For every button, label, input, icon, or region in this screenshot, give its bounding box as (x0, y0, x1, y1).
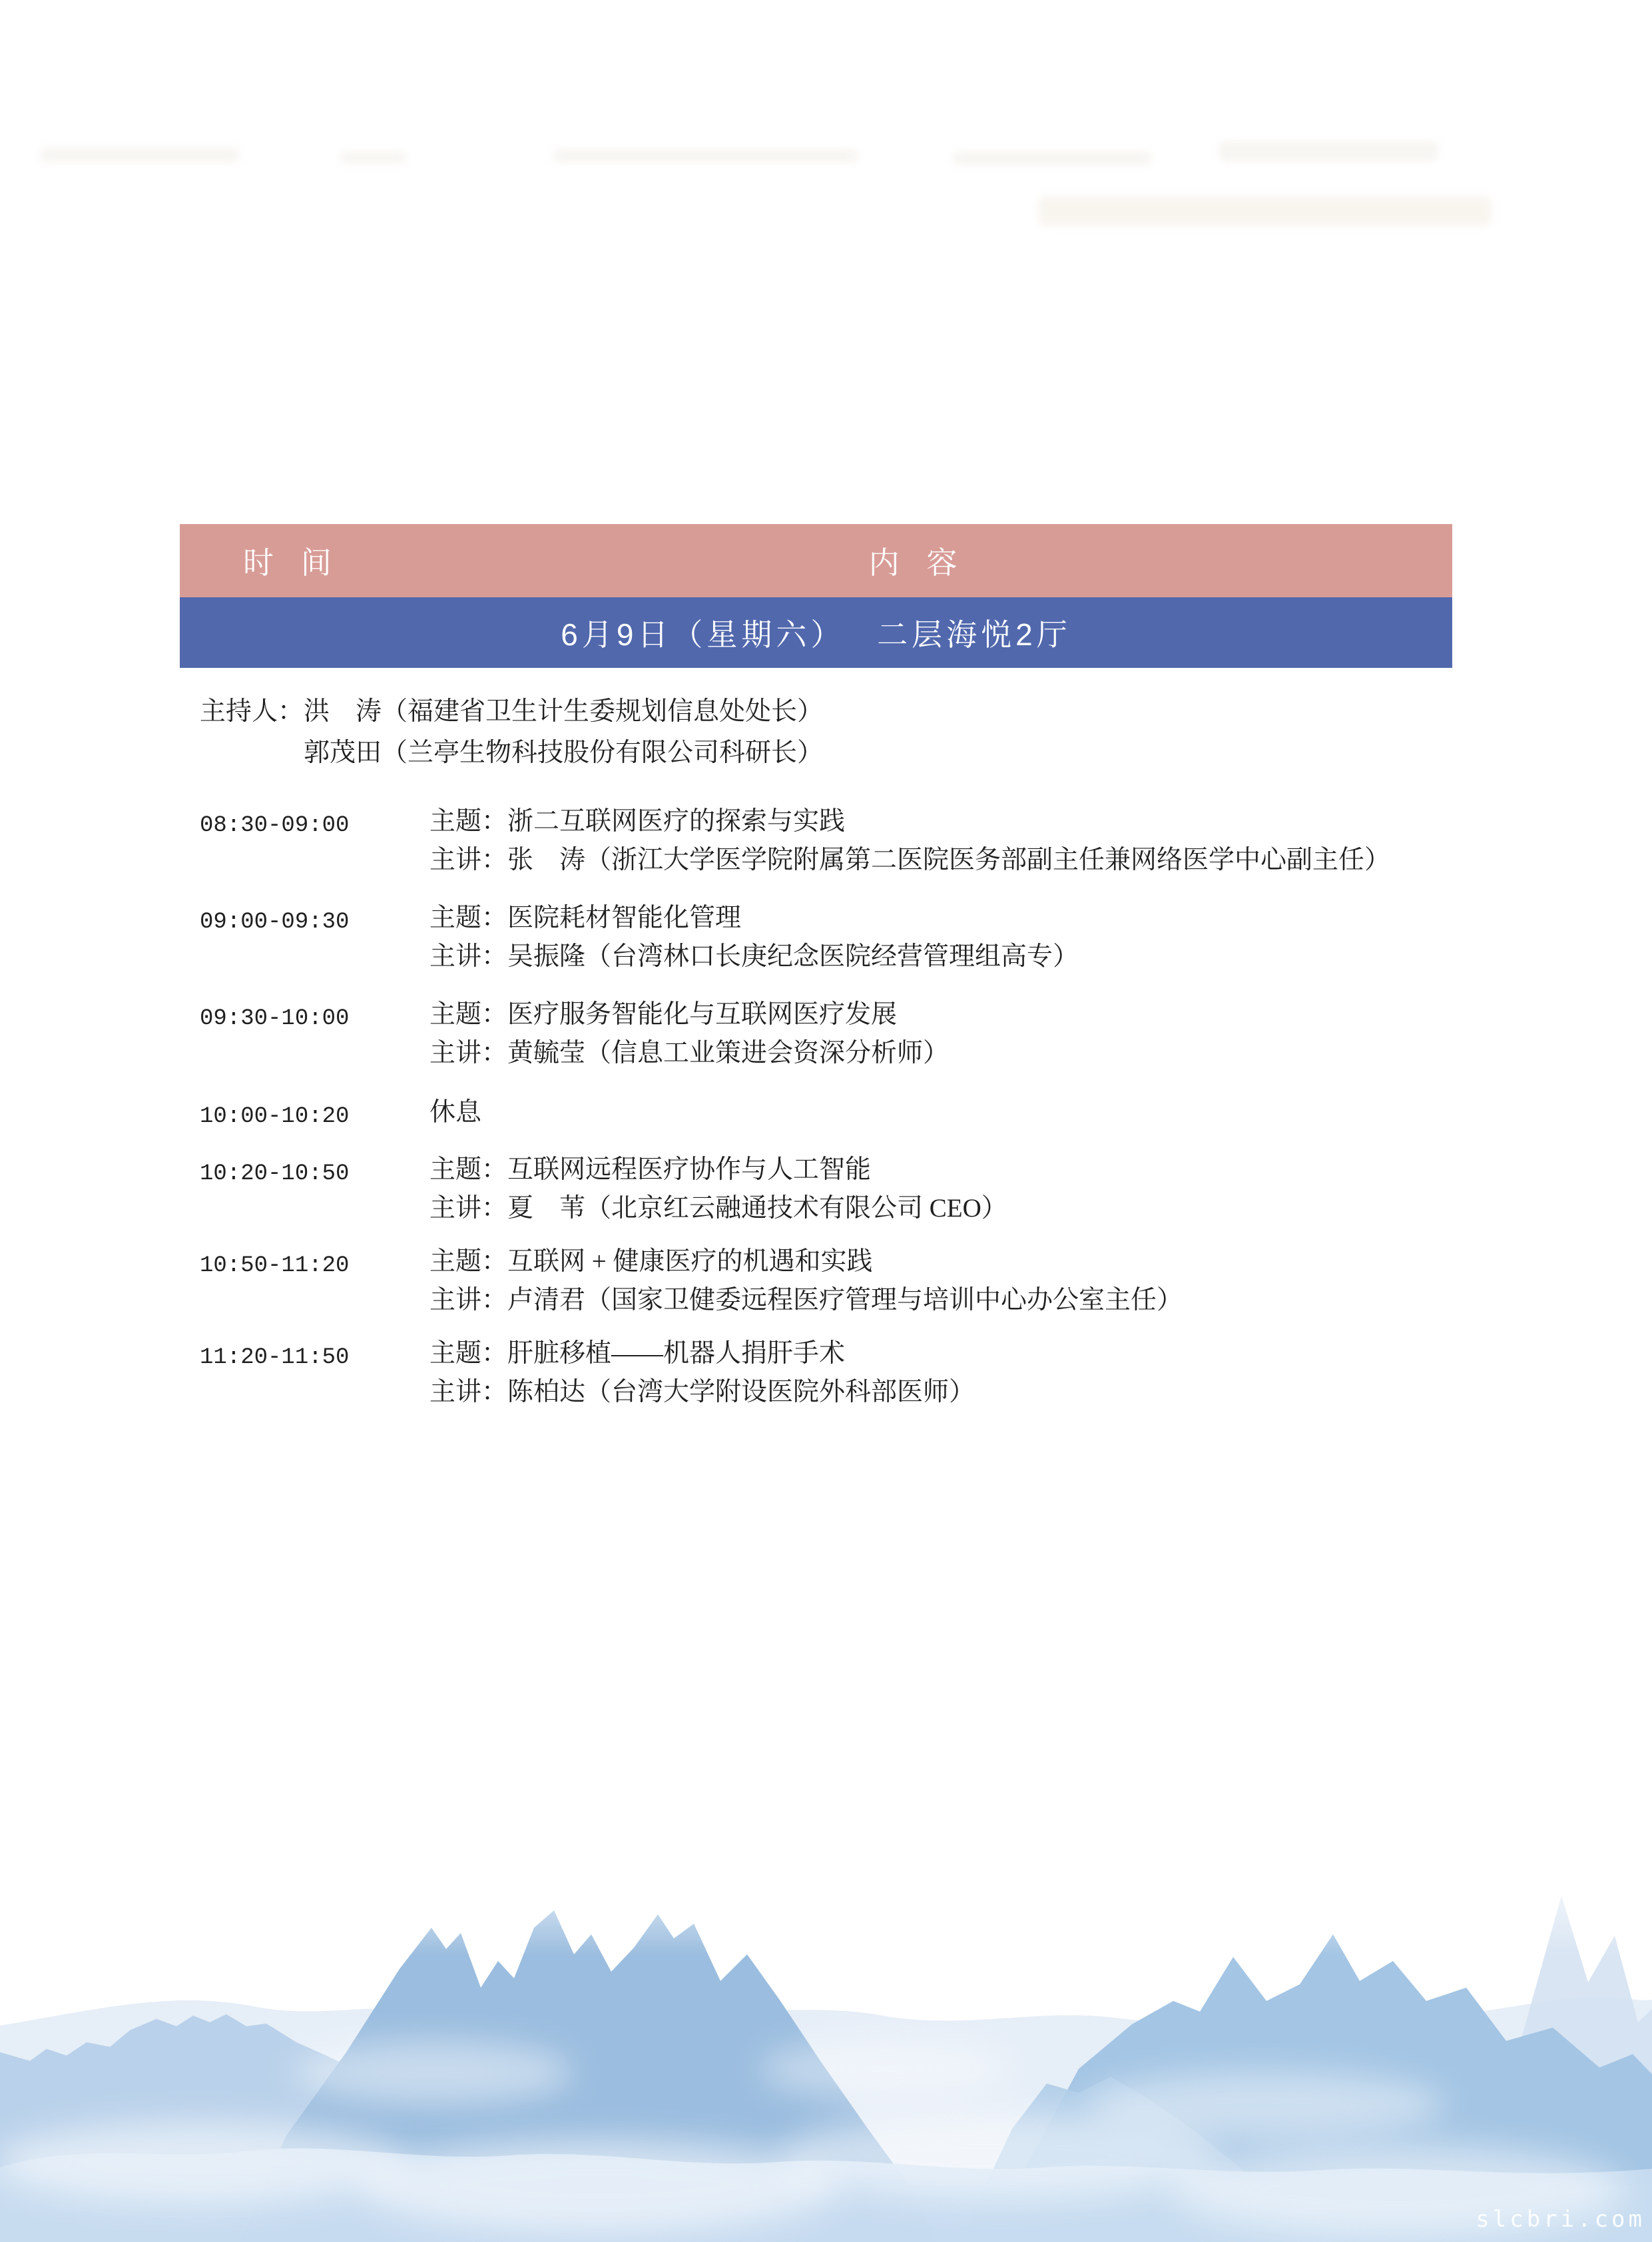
topic-label: 主题： (429, 1339, 507, 1368)
speaker-text: 卢清君（国家卫健委远程医疗管理与培训中心办公室主任） (507, 1286, 1183, 1314)
speaker-label: 主讲： (429, 1378, 507, 1406)
time-slot: 10:00-10:20 (200, 1093, 429, 1136)
topic-text: 肝脏移植——机器人捐肝手术 (507, 1339, 845, 1368)
session-details: 主题：医疗服务智能化与互联网医疗发展 主讲：黄毓莹（信息工业策进会资深分析师） (429, 995, 1611, 1073)
speaker-line: 主讲：夏 苇（北京红云融通技术有限公司 CEO） (429, 1189, 1611, 1228)
break-line: 休息 (429, 1093, 1611, 1132)
topic-line: 主题：肝脏移植——机器人捐肝手术 (429, 1334, 1611, 1373)
topic-line: 主题：浙二互联网医疗的探索与实践 (429, 802, 1611, 841)
topic-label: 主题： (429, 1155, 507, 1184)
session-details: 主题：浙二互联网医疗的探索与实践 主讲：张 涛（浙江大学医学院附属第二医院医务部… (429, 802, 1611, 880)
topic-text: 互联网 + 健康医疗的机遇和实践 (507, 1247, 873, 1276)
topic-label: 主题： (429, 807, 507, 836)
host-line-1: 主持人：洪 涛（福建省卫生计生委规划信息处处长） (200, 691, 823, 732)
faded-artifact (1219, 141, 1438, 161)
time-slot: 09:00-09:30 (200, 899, 429, 976)
program-page: 时 间 内 容 6月9日（星期六） 二层海悦2厅 主持人：洪 涛（福建省卫生计生… (0, 0, 1652, 2242)
hosts-block: 主持人：洪 涛（福建省卫生计生委规划信息处处长） 郭茂田（兰亭生物科技股份有限公… (200, 691, 823, 774)
speaker-label: 主讲： (429, 1286, 507, 1314)
faded-artifact (1039, 196, 1492, 226)
topic-line: 主题：医疗服务智能化与互联网医疗发展 (429, 995, 1611, 1034)
topic-label: 主题： (429, 1247, 507, 1276)
session-details: 主题：互联网 + 健康医疗的机遇和实践 主讲：卢清君（国家卫健委远程医疗管理与培… (429, 1243, 1611, 1320)
content-column-header: 内 容 (383, 539, 1452, 583)
session-date-bar: 6月9日（星期六） 二层海悦2厅 (180, 597, 1452, 668)
topic-line: 主题：互联网远程医疗协作与人工智能 (429, 1151, 1611, 1189)
speaker-line: 主讲：张 涛（浙江大学医学院附属第二医院医务部副主任兼网络医学中心副主任） (429, 841, 1611, 880)
speaker-line: 主讲：卢清君（国家卫健委远程医疗管理与培训中心办公室主任） (429, 1281, 1611, 1320)
speaker-label: 主讲： (429, 846, 507, 874)
topic-text: 医疗服务智能化与互联网医疗发展 (507, 1000, 897, 1029)
faded-artifact (553, 149, 859, 162)
topic-text: 医院耗材智能化管理 (507, 904, 741, 932)
speaker-text: 张 涛（浙江大学医学院附属第二医院医务部副主任兼网络医学中心副主任） (507, 846, 1390, 874)
topic-label: 主题： (429, 1000, 507, 1029)
hosts-label: 主持人： (200, 697, 304, 726)
session-details: 主题：互联网远程医疗协作与人工智能 主讲：夏 苇（北京红云融通技术有限公司 CE… (429, 1151, 1611, 1228)
speaker-label: 主讲： (429, 1194, 507, 1223)
schedule-row: 10:50-11:20 主题：互联网 + 健康医疗的机遇和实践 主讲：卢清君（国… (200, 1243, 1611, 1320)
speaker-text: 陈柏达（台湾大学附设医院外科部医师） (507, 1378, 975, 1406)
speaker-line: 主讲：吴振隆（台湾林口长庚纪念医院经营管理组高专） (429, 938, 1611, 976)
faded-artifact (340, 152, 406, 164)
schedule-row-break: 10:00-10:20 休息 (200, 1093, 1611, 1136)
session-details: 主题：医院耗材智能化管理 主讲：吴振隆（台湾林口长庚纪念医院经营管理组高专） (429, 899, 1611, 976)
host-1: 洪 涛（福建省卫生计生委规划信息处处长） (304, 697, 823, 726)
speaker-text: 黄毓莹（信息工业策进会资深分析师） (507, 1039, 949, 1067)
host-2: 郭茂田（兰亭生物科技股份有限公司科研长） (304, 738, 823, 767)
faded-artifact (40, 148, 240, 162)
schedule-row: 09:00-09:30 主题：医院耗材智能化管理 主讲：吴振隆（台湾林口长庚纪念… (200, 899, 1611, 976)
schedule-row: 11:20-11:50 主题：肝脏移植——机器人捐肝手术 主讲：陈柏达（台湾大学… (200, 1334, 1611, 1412)
topic-text: 浙二互联网医疗的探索与实践 (507, 807, 845, 836)
schedule-table-header: 时 间 内 容 6月9日（星期六） 二层海悦2厅 (180, 524, 1452, 668)
watermark-text: slcbri.com (1476, 2206, 1645, 2233)
topic-line: 主题：医院耗材智能化管理 (429, 899, 1611, 938)
speaker-line: 主讲：陈柏达（台湾大学附设医院外科部医师） (429, 1373, 1611, 1412)
time-slot: 11:20-11:50 (200, 1334, 429, 1412)
time-slot: 10:20-10:50 (200, 1151, 429, 1228)
time-slot: 09:30-10:00 (200, 995, 429, 1073)
topic-line: 主题：互联网 + 健康医疗的机遇和实践 (429, 1243, 1611, 1281)
speaker-line: 主讲：黄毓莹（信息工业策进会资深分析师） (429, 1034, 1611, 1073)
topic-label: 主题： (429, 904, 507, 932)
faded-artifact (952, 152, 1152, 165)
time-slot: 08:30-09:00 (200, 802, 429, 880)
speaker-label: 主讲： (429, 942, 507, 971)
column-header-row: 时 间 内 容 (180, 524, 1452, 597)
schedule-row: 10:20-10:50 主题：互联网远程医疗协作与人工智能 主讲：夏 苇（北京红… (200, 1151, 1611, 1228)
speaker-text: 吴振隆（台湾林口长庚纪念医院经营管理组高专） (507, 942, 1079, 971)
host-line-2: 郭茂田（兰亭生物科技股份有限公司科研长） (200, 732, 823, 774)
session-details: 主题：肝脏移植——机器人捐肝手术 主讲：陈柏达（台湾大学附设医院外科部医师） (429, 1334, 1611, 1412)
topic-text: 互联网远程医疗协作与人工智能 (507, 1155, 871, 1184)
time-slot: 10:50-11:20 (200, 1243, 429, 1320)
schedule-row: 08:30-09:00 主题：浙二互联网医疗的探索与实践 主讲：张 涛（浙江大学… (200, 802, 1611, 880)
session-details: 休息 (429, 1093, 1611, 1136)
session-date-label: 6月9日（星期六） 二层海悦2厅 (561, 611, 1071, 655)
speaker-text: 夏 苇（北京红云融通技术有限公司 CEO） (507, 1194, 1007, 1223)
mountain-landscape-illustration (0, 1849, 1652, 2242)
schedule-row: 09:30-10:00 主题：医疗服务智能化与互联网医疗发展 主讲：黄毓莹（信息… (200, 995, 1611, 1073)
time-column-header: 时 间 (180, 539, 383, 583)
speaker-label: 主讲： (429, 1039, 507, 1067)
